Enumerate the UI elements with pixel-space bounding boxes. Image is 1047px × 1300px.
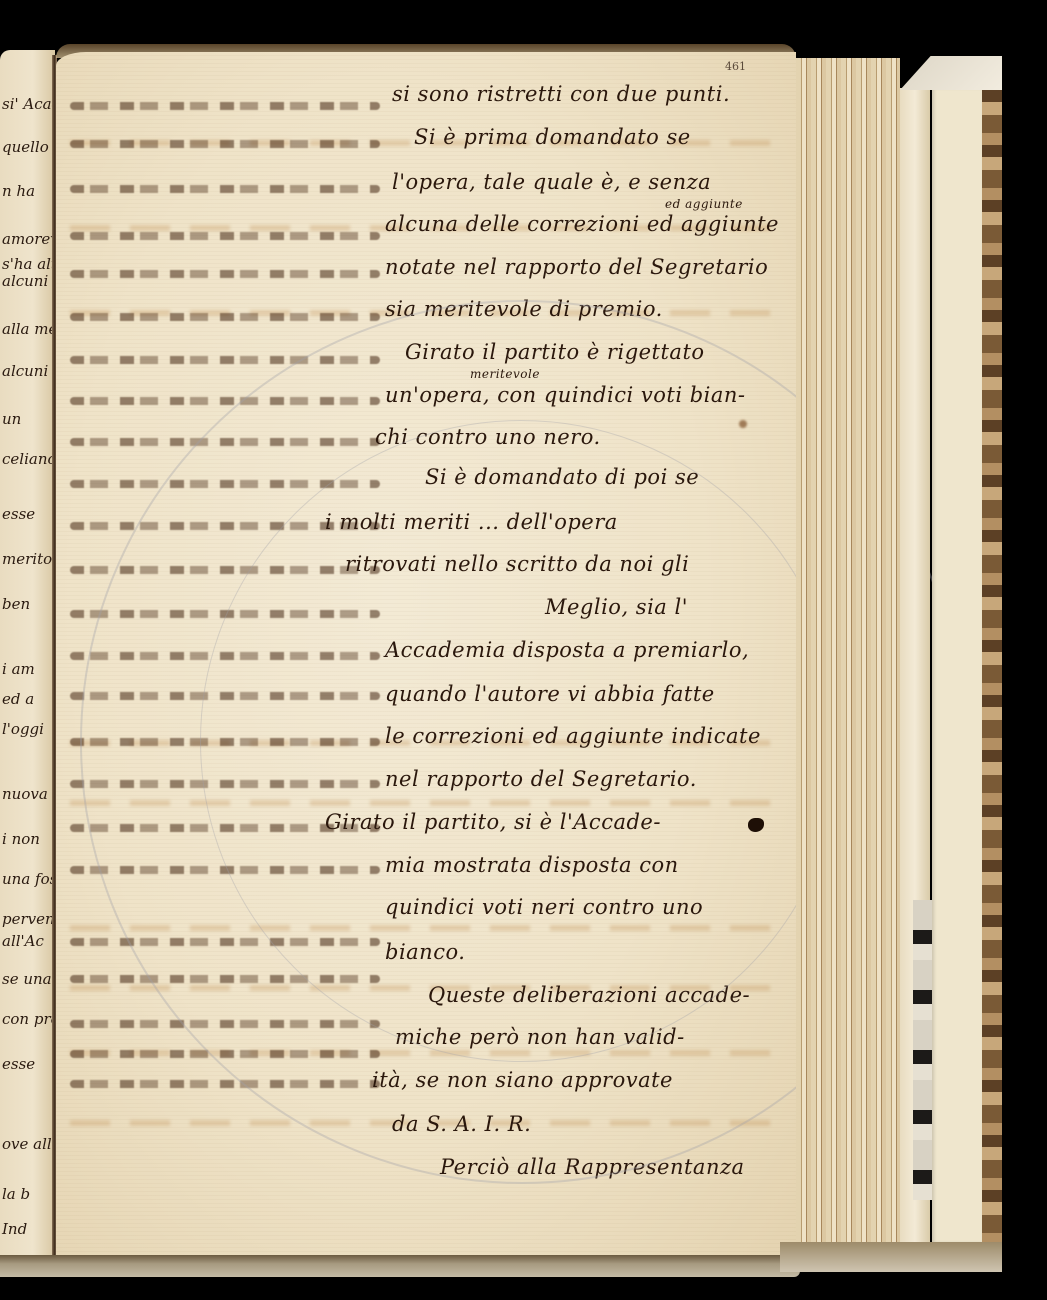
left-line: alla me [2, 320, 57, 338]
left-line: quello [2, 138, 49, 156]
left-line: alcuni [2, 362, 48, 380]
ink-offset [70, 566, 380, 574]
vellum-corner-bottom [780, 1242, 1002, 1272]
text-line: Si è prima domandato se [414, 125, 691, 149]
text-line: Girato il partito, si è l'Accade- [325, 810, 661, 834]
left-line: alcuni [2, 272, 48, 290]
text-line: Perciò alla Rappresentanza [440, 1155, 745, 1179]
paper-stain [739, 420, 747, 428]
left-line: ben [2, 595, 30, 613]
left-line: Ind [2, 1220, 27, 1238]
left-line: un [2, 410, 21, 428]
ink-offset [70, 738, 380, 746]
ink-offset [70, 232, 380, 240]
ink-offset [70, 480, 380, 488]
left-line: all'Ac [2, 932, 44, 950]
text-line: miche però non han valid- [395, 1025, 685, 1049]
ink-offset [70, 438, 380, 446]
ink-offset [70, 975, 380, 983]
text-line: ritrovati nello scritto da noi gli [345, 552, 689, 576]
ink-offset [70, 313, 380, 321]
ink-offset [70, 652, 380, 660]
ink-offset [70, 692, 380, 700]
bottom-page-edge [0, 1255, 800, 1277]
text-line: un'opera, con quindici voti bian- [385, 383, 746, 407]
ink-offset [70, 780, 380, 788]
marginal-insertion: ed aggiunte [665, 197, 743, 211]
ink-offset [70, 270, 380, 278]
bleed-through [70, 925, 770, 931]
ink-offset [70, 185, 380, 193]
text-line: Meglio, sia l' [545, 595, 688, 619]
text-line: l'opera, tale quale è, e senza [392, 170, 711, 194]
left-line: n ha [2, 182, 35, 200]
left-line: esse [2, 1055, 35, 1073]
ink-offset [70, 866, 380, 874]
ink-offset [70, 356, 380, 364]
text-line: quindici voti neri contro uno [385, 895, 703, 919]
ink-offset [70, 140, 380, 148]
text-line: i molti meriti ... dell'opera [325, 510, 618, 534]
ink-offset [70, 610, 380, 618]
left-line: la b [2, 1185, 30, 1203]
text-line: alcuna delle correzioni ed aggiunte [385, 212, 779, 236]
ink-offset [70, 102, 380, 110]
left-line: se una [2, 970, 52, 988]
text-line: Accademia disposta a premiarlo, [385, 638, 749, 662]
left-line: esse [2, 505, 35, 523]
index-tab-strip [913, 900, 933, 1200]
left-line: i am [2, 660, 35, 678]
text-line: Si è domandato di poi se [425, 465, 699, 489]
page-stack-fore-edge [796, 58, 900, 1268]
text-line: Girato il partito è rigettato [405, 340, 705, 364]
text-line: Queste deliberazioni accade- [428, 983, 750, 1007]
text-line: bianco. [385, 940, 465, 964]
left-line: l'oggi [2, 720, 44, 738]
left-page-fragment: si' Acad quello n ha amorevol s'ha altri… [0, 50, 55, 1260]
left-line: merito [2, 550, 52, 568]
endpaper [932, 88, 982, 1243]
bleed-through [70, 800, 770, 806]
ink-offset [70, 938, 380, 946]
left-line: i non [2, 830, 40, 848]
marbled-cover-edge [982, 60, 1002, 1270]
left-line: nuova [2, 785, 48, 803]
bound-manuscript-volume: si' Acad quello n ha amorevol s'ha altri… [0, 0, 1047, 1300]
text-line: mia mostrata disposta con [385, 853, 679, 877]
folio-number: 461 [725, 60, 746, 73]
text-line: ità, se non siano approvate [372, 1068, 673, 1092]
ink-offset [70, 1080, 380, 1088]
text-line: nel rapporto del Segretario. [385, 767, 697, 791]
ink-offset [70, 1050, 380, 1058]
marginal-insertion: meritevole [470, 367, 540, 381]
text-line: da S. A. I. R. [392, 1112, 531, 1136]
text-line: quando l'autore vi abbia fatte [385, 682, 715, 706]
text-line: chi contro uno nero. [375, 425, 601, 449]
text-line: notate nel rapporto del Segretario [385, 255, 768, 279]
left-line: celiano [2, 450, 57, 468]
ink-offset [70, 1020, 380, 1028]
text-line: sia meritevole di premio. [385, 297, 663, 321]
left-line: ed a [2, 690, 34, 708]
vellum-corner-top [900, 56, 1002, 90]
text-line: le correzioni ed aggiunte indicate [385, 724, 761, 748]
text-line: si sono ristretti con due punti. [392, 82, 730, 106]
ink-offset [70, 397, 380, 405]
